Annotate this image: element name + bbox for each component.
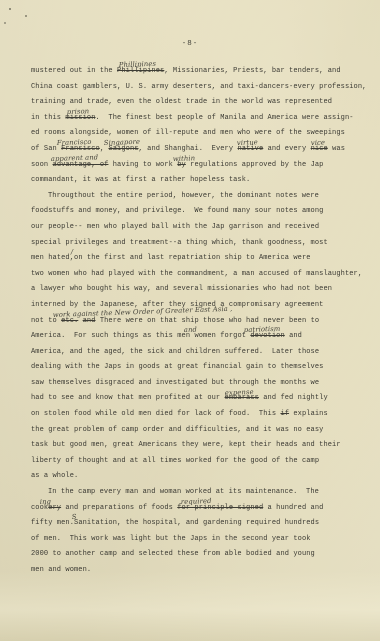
- typed-text: In the camp every man and woman worked a…: [48, 488, 319, 496]
- handwritten-annotation: Phillipines: [119, 61, 156, 69]
- typed-line: foodstuffs and money, and privilege. We …: [31, 204, 374, 220]
- typed-text: China coast gamblers, U. S. army deserte…: [31, 83, 366, 91]
- handwritten-annotation: Francisco: [57, 139, 92, 147]
- typed-text: . The finest best people of Manila and A…: [96, 114, 354, 122]
- handwritten-annotation: Singapore: [104, 139, 140, 147]
- handwritten-annotation: S: [72, 514, 77, 521]
- typed-text: ed rooms alongside, women of ill-repute …: [31, 129, 345, 137]
- typed-line: on stolen food while old men died for la…: [31, 407, 374, 423]
- typed-line: the great problem of camp order and diff…: [31, 423, 374, 439]
- handwritten-annotation: virtue: [237, 139, 258, 147]
- typed-line: had to see and know that men profited at…: [31, 391, 374, 407]
- typed-text: Througthout the entire period, however, …: [48, 192, 319, 200]
- typed-text: saw themselves disgraced and investigate…: [31, 379, 319, 387]
- typed-text: soon: [31, 161, 53, 169]
- typed-line: task but good men, great Americans they …: [31, 438, 374, 454]
- typed-text: the great problem of camp order and diff…: [31, 426, 323, 434]
- typed-text: special privileges and treatment--a thin…: [31, 239, 328, 247]
- handwritten-annotation: /: [71, 249, 74, 256]
- typed-line: America, and the aged, the sick and chil…: [31, 345, 374, 361]
- typed-line: a lawyer who bought his way, and several…: [31, 282, 374, 298]
- typed-text: on the first and last repatriation ship …: [74, 254, 311, 262]
- typed-text: explains: [289, 410, 328, 418]
- typed-text: having to work: [108, 161, 177, 169]
- typed-text: 2000 to another camp and selected these …: [31, 550, 315, 558]
- handwritten-annotation: and: [184, 327, 197, 334]
- handwritten-annotation: prison: [67, 108, 90, 116]
- typed-text: of men. This work was light but the Japs…: [31, 535, 311, 543]
- typed-line: our people-- men who played ball with th…: [31, 220, 374, 236]
- typed-text: and every: [263, 145, 310, 153]
- typed-text: There were on that ship those who had ne…: [96, 317, 320, 325]
- handwritten-annotation: patriotism: [244, 326, 281, 334]
- handwritten-annotation: required: [181, 498, 212, 506]
- typed-line: America. For such things as this men and…: [31, 329, 374, 345]
- typed-text: dealing with the Japs in goods at great …: [31, 363, 323, 371]
- paper-speck: [9, 8, 11, 10]
- typed-line: commandant, it was at first a rather hop…: [31, 173, 374, 189]
- typed-text: a hundred and: [263, 504, 323, 512]
- typed-line: of men. This work was light but the Japs…: [31, 532, 374, 548]
- typed-text-block: mustered out in the PhillipinesPhillipin…: [31, 64, 374, 579]
- typed-line: cookingery and preparations of foods req…: [31, 501, 374, 517]
- page-number: -8-: [0, 40, 380, 48]
- typed-line: in this prisonmission. The finest best p…: [31, 111, 374, 127]
- typed-line: soon apparent andadvantage, of having to…: [31, 158, 374, 174]
- typed-text: in this: [31, 114, 65, 122]
- handwritten-annotation: ing: [40, 498, 51, 505]
- typed-text: fifty men.: [31, 519, 74, 527]
- typed-line: liberty of thought and at all times work…: [31, 454, 374, 470]
- typed-line: Througthout the entire period, however, …: [31, 189, 374, 205]
- typed-line: two women who had played with the comman…: [31, 267, 374, 283]
- handwritten-annotation: apparent and: [50, 154, 98, 162]
- struck-typed-text: if: [280, 410, 289, 418]
- handwritten-annotation: within: [173, 155, 195, 163]
- typed-text: training and trade, even the oldest trad…: [31, 98, 332, 106]
- typed-text: , Missionaries, Priests, bar tenders, an…: [164, 67, 340, 75]
- typed-text: on stolen food while old men died for la…: [31, 410, 280, 418]
- typed-line: China coast gamblers, U. S. army deserte…: [31, 80, 374, 96]
- typed-line: special privileges and treatment--a thin…: [31, 236, 374, 252]
- scanned-typewritten-page: -8- mustered out in the PhillipinesPhill…: [0, 0, 380, 641]
- typed-text: and: [285, 332, 302, 340]
- typed-text: task but good men, great Americans they …: [31, 441, 341, 449]
- typed-text: as a whole.: [31, 472, 78, 480]
- typed-text: two women who had played with the comman…: [31, 270, 362, 278]
- typed-text: regulations approved by the Jap: [186, 161, 324, 169]
- typed-text: men hated,: [31, 254, 74, 262]
- typed-text: a lawyer who bought his way, and several…: [31, 285, 332, 293]
- typed-text: America. For such things as this men: [31, 332, 194, 340]
- typed-line: as a whole.: [31, 469, 374, 485]
- typed-line: men hated,/on the first and last repatri…: [31, 251, 374, 267]
- typed-text: and preparations of foods: [61, 504, 177, 512]
- typed-text: men and women.: [31, 566, 91, 574]
- typed-line: dealing with the Japs in goods at great …: [31, 360, 374, 376]
- handwritten-annotation: vice: [310, 140, 324, 147]
- typed-text: Sanitation, the hospital, and gardening …: [74, 519, 319, 527]
- typed-line: fifty men.SSanitation, the hospital, and…: [31, 516, 374, 532]
- typed-text: , and Shanghai. Every: [139, 145, 238, 153]
- typed-line: 2000 to another camp and selected these …: [31, 547, 374, 563]
- typed-text: and fed nightly: [259, 394, 328, 402]
- typed-text: was: [328, 145, 345, 153]
- typed-text: commandant, it was at first a rather hop…: [31, 176, 250, 184]
- typed-line: mustered out in the PhillipinesPhillipin…: [31, 64, 374, 80]
- typed-text: our people-- men who played ball with th…: [31, 223, 319, 231]
- typed-text: America, and the aged, the sick and chil…: [31, 348, 319, 356]
- typed-text: liberty of thought and at all times work…: [31, 457, 319, 465]
- typed-text: women forgot: [194, 332, 250, 340]
- typed-line: men and women.: [31, 563, 374, 579]
- typed-text: foodstuffs and money, and privilege. We …: [31, 207, 323, 215]
- typed-text: had to see and know that men profited at…: [31, 394, 225, 402]
- typed-line: saw themselves disgraced and investigate…: [31, 376, 374, 392]
- handwritten-annotation: expense: [224, 389, 253, 397]
- typed-line: work against the New Order of Greater Ea…: [31, 314, 374, 330]
- typed-text: mustered out in the: [31, 67, 117, 75]
